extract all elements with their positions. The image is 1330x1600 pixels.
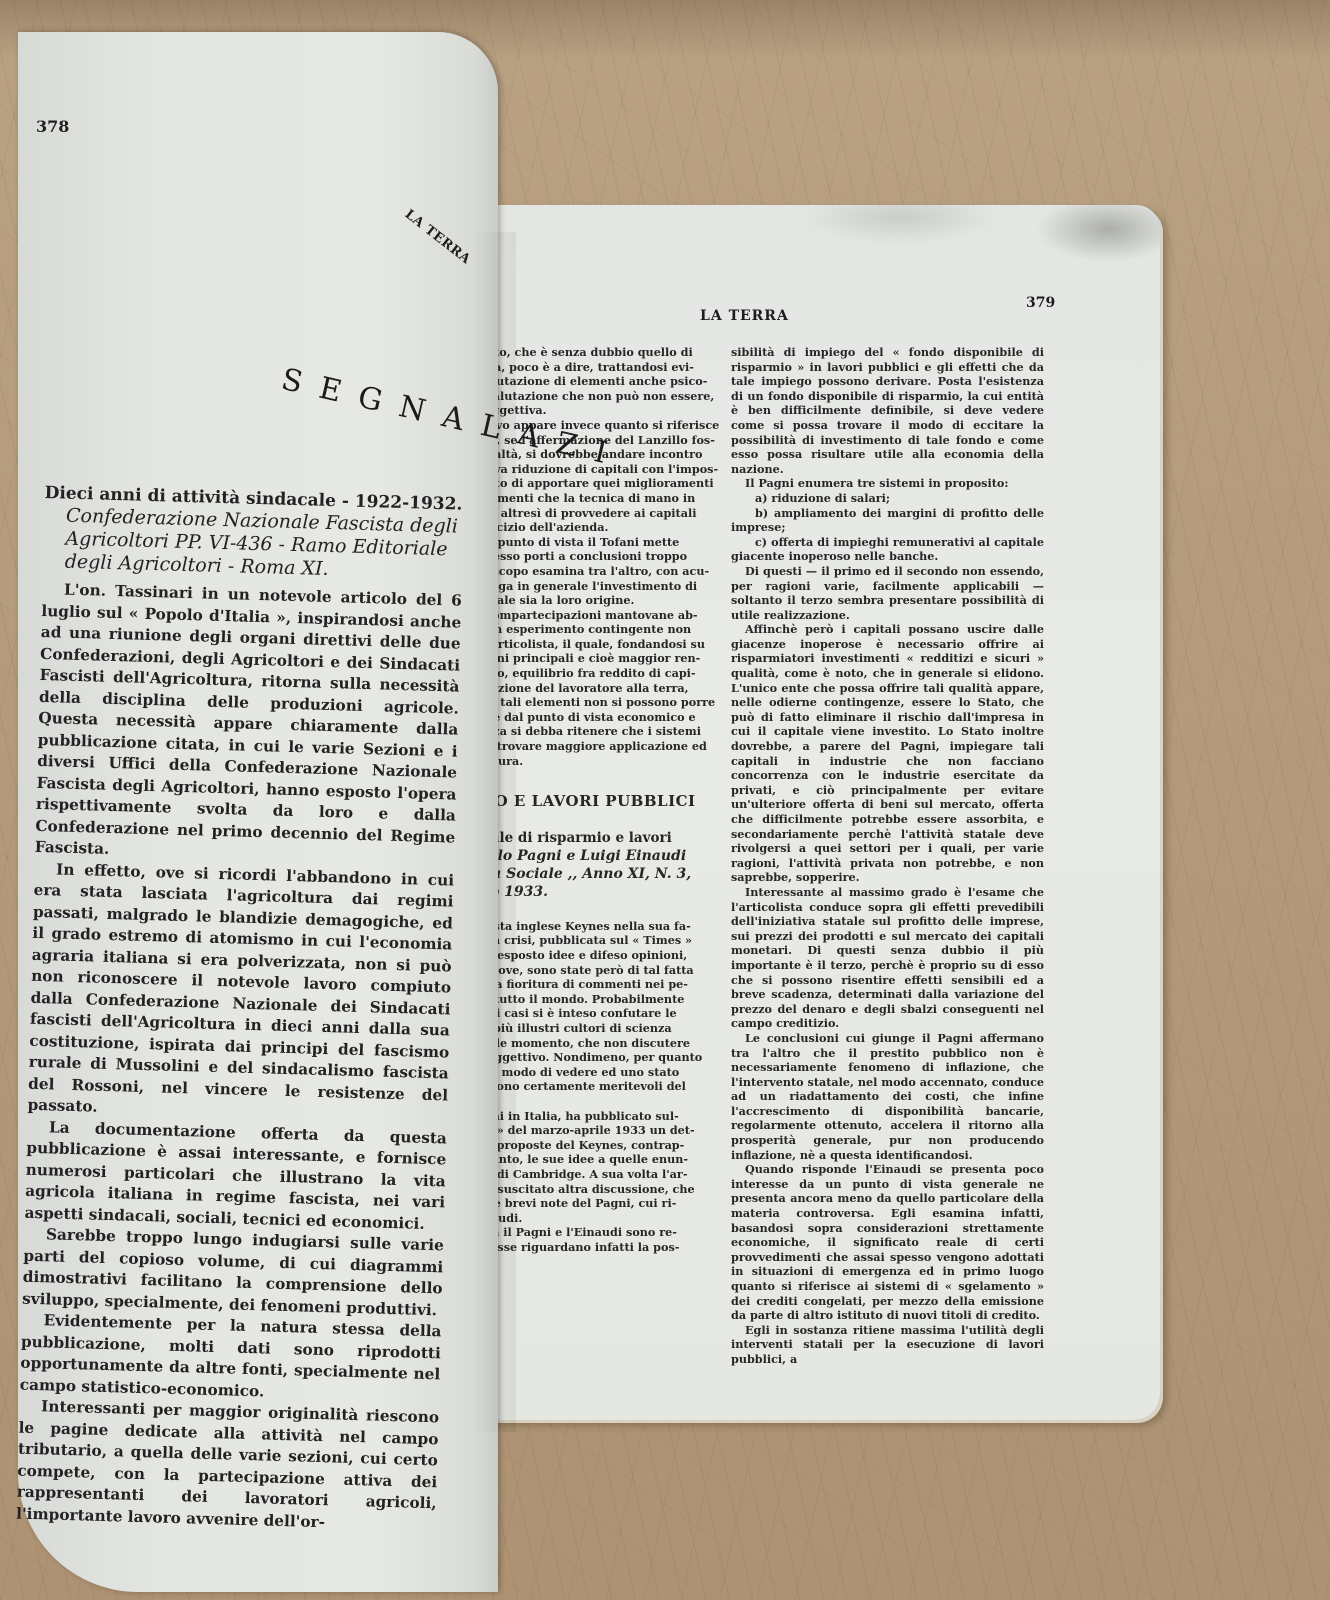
article-body: L'on. Tassinari in un notevole articolo … xyxy=(16,579,462,1536)
paragraph: L'on. Tassinari in un notevole articolo … xyxy=(34,579,462,870)
page-stain xyxy=(1030,205,1160,265)
paragraph: Le conclusioni cui giunge il Pagni affer… xyxy=(731,1031,1044,1162)
list-item: a) riduzione di salari; xyxy=(731,491,1044,506)
list-item: c) offerta di impieghi remunerativi al c… xyxy=(731,535,1044,564)
running-head: LA TERRA xyxy=(700,308,789,324)
left-page: 378 LA TERRA SEGNALAZI Dieci anni di att… xyxy=(18,32,498,1592)
paragraph: Interessante al massimo grado è l'esame … xyxy=(731,885,1044,1031)
page-number: 378 xyxy=(36,117,69,136)
paragraph: Interessanti per maggior originalità rie… xyxy=(16,1396,439,1537)
left-article: Dieci anni di attività sindacale - 1922-… xyxy=(16,482,465,1536)
paragraph: Sarebbe troppo lungo indugiarsi sulle va… xyxy=(22,1224,444,1322)
paragraph: Di questi — il primo ed il secondo non e… xyxy=(731,564,1044,622)
paragraph: Egli in sostanza ritiene massima l'utili… xyxy=(731,1323,1044,1367)
right-page: LA TERRA 379 punto, che è senza dubbio q… xyxy=(470,205,1160,1420)
right-column: sibilità di impiego del « fondo disponib… xyxy=(731,345,1044,1367)
paragraph: Evidentemente per la natura stessa della… xyxy=(19,1310,441,1408)
page-number: 379 xyxy=(1026,295,1055,311)
paragraph: Affinchè però i capitali possano uscire … xyxy=(731,622,1044,885)
list-item: b) ampliamento dei margini di profitto d… xyxy=(731,506,1044,535)
paragraph: Il Pagni enumera tre sistemi in proposit… xyxy=(731,476,1044,491)
paragraph: Quando risponde l'Einaudi se presenta po… xyxy=(731,1162,1044,1323)
running-head: LA TERRA xyxy=(402,207,474,267)
paragraph: sibilità di impiego del « fondo disponib… xyxy=(731,345,1044,476)
paragraph: La documentazione offerta da questa pubb… xyxy=(24,1116,447,1235)
paragraph: In effetto, ove si ricordi l'abbandono i… xyxy=(27,858,454,1128)
page-stain xyxy=(800,205,1000,245)
article-source: Confederazione Nazionale Fascista degliA… xyxy=(42,504,464,585)
